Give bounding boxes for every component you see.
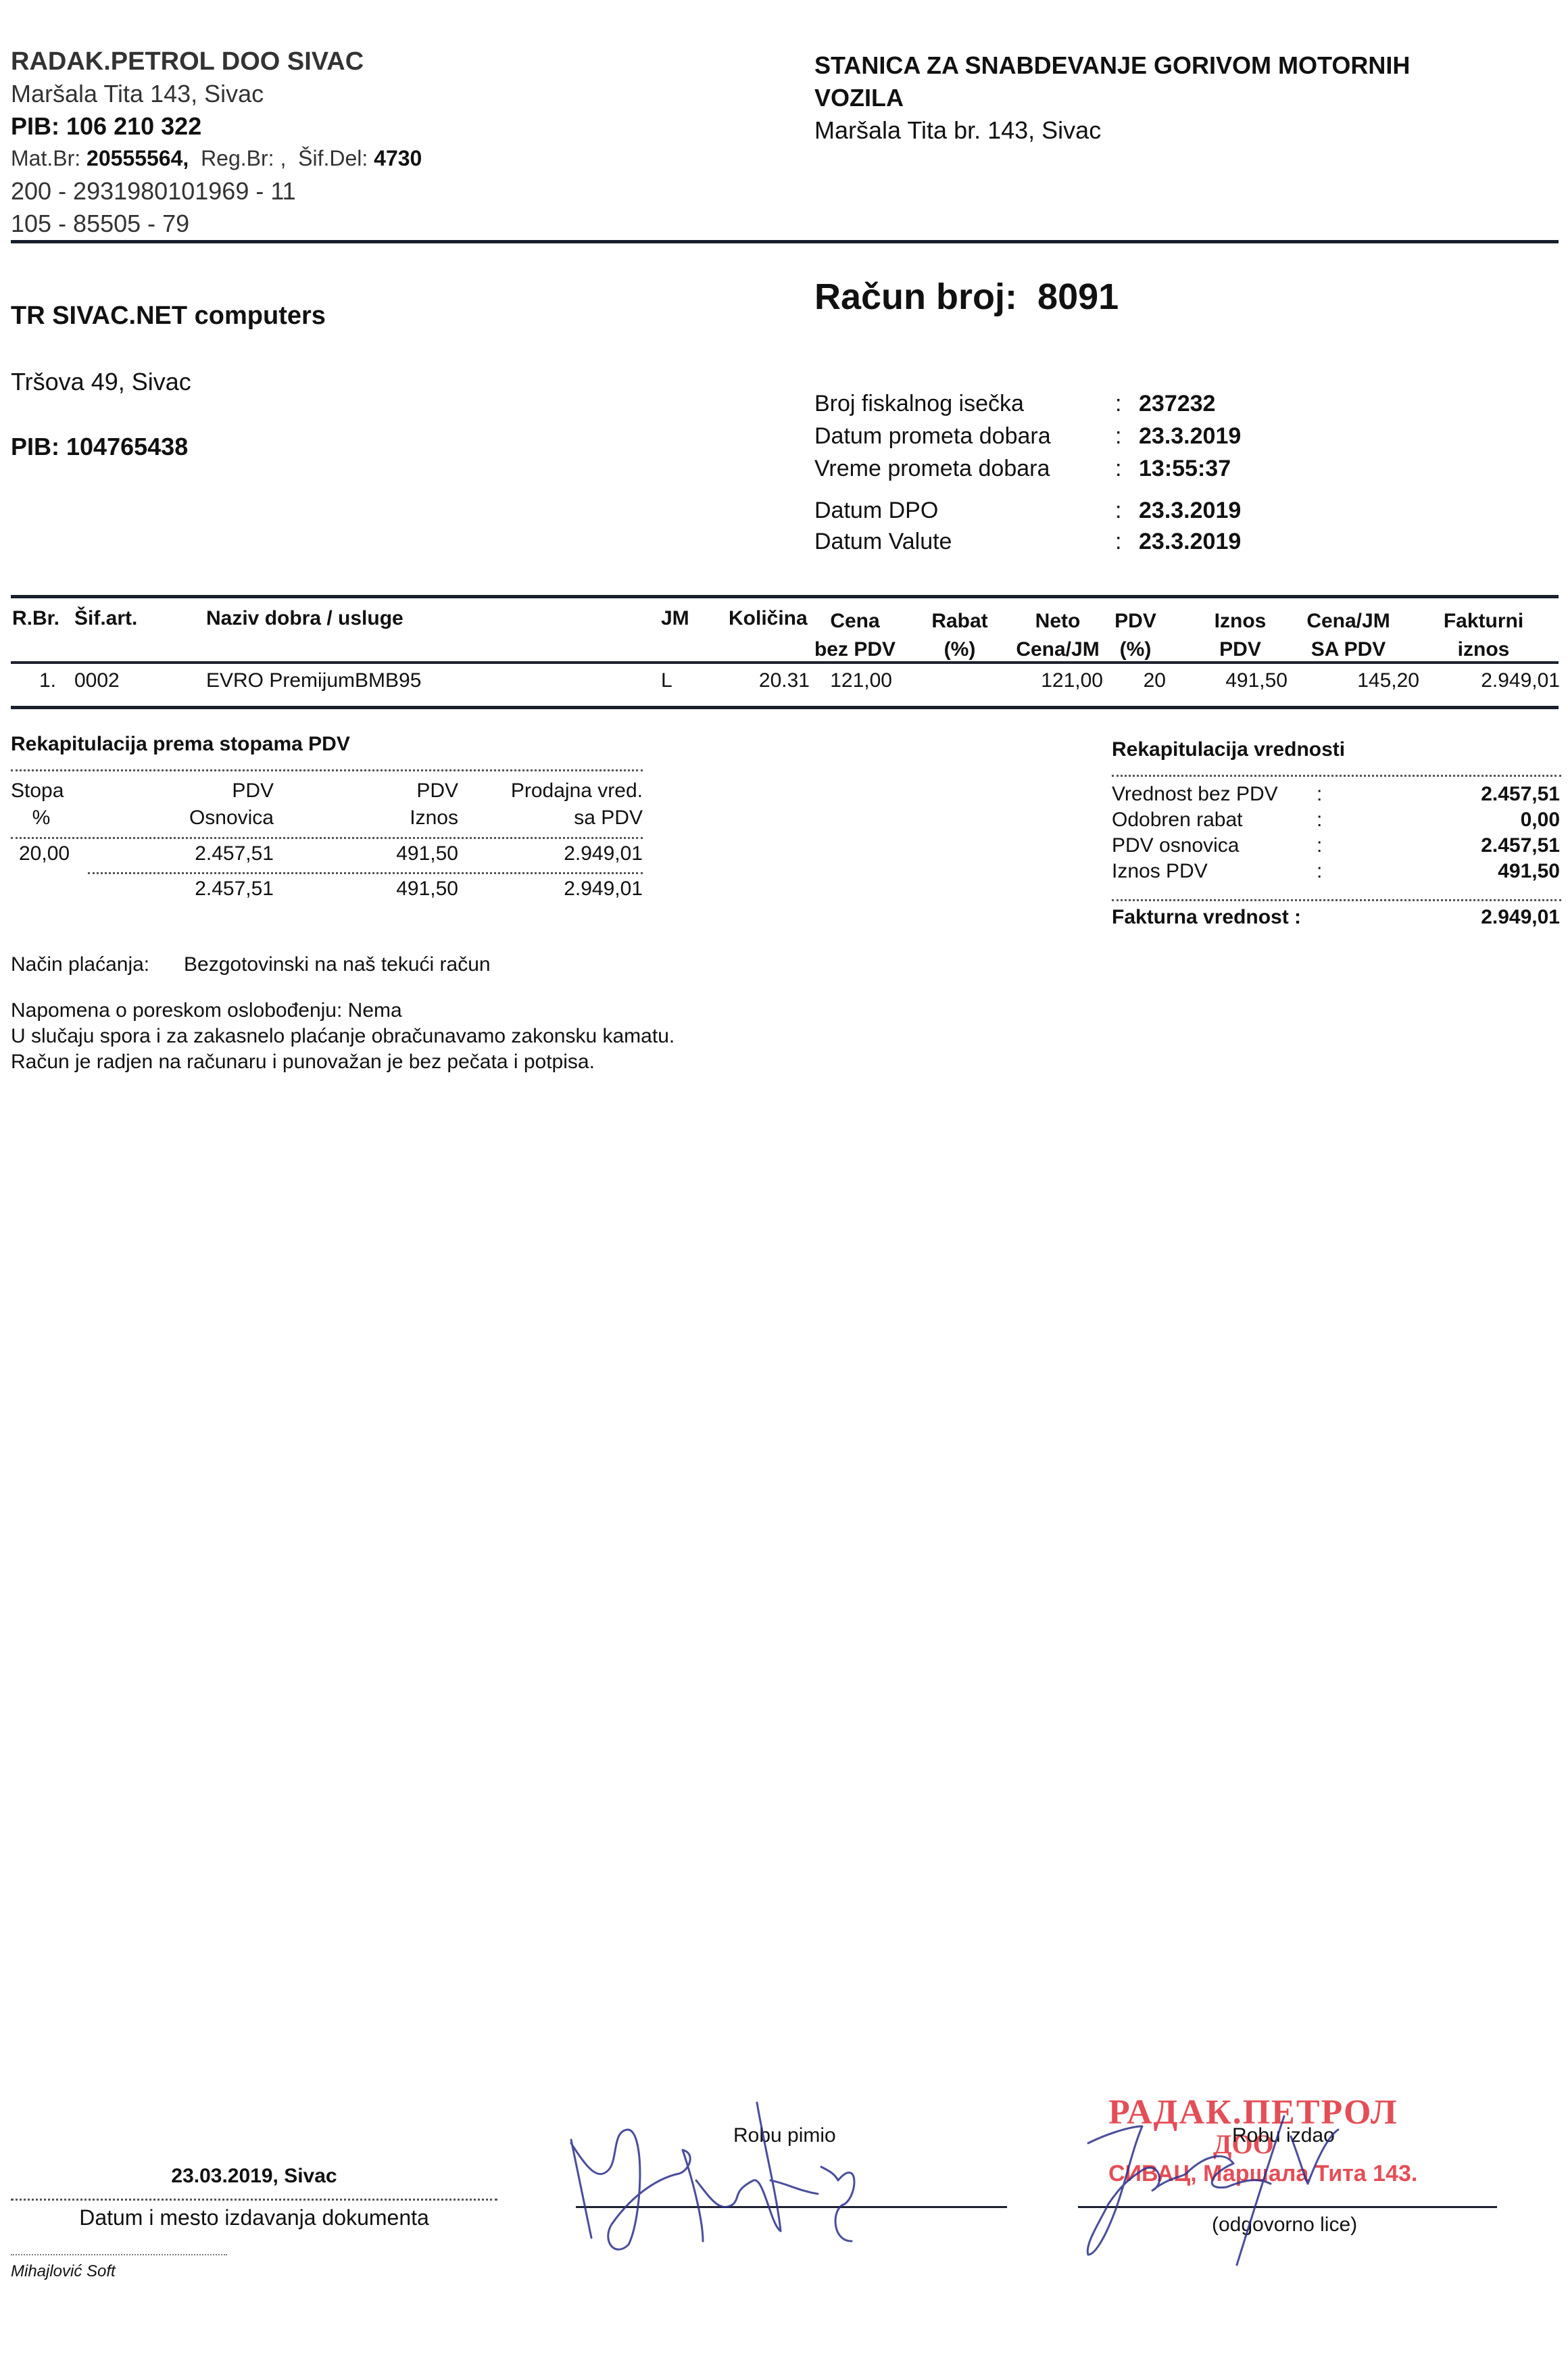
vat-col-iznos: PDV Iznos (351, 777, 458, 832)
col-neto-l2: Cena/JM (1007, 636, 1108, 664)
cell-cena: 121,00 (798, 669, 892, 692)
buyer-pib-label: PIB: (11, 433, 59, 460)
cell-fakturni: 2.949,01 (1426, 669, 1560, 692)
station-title-line1: STANICA ZA SNABDEVANJE GORIVOM MOTORNIH (814, 51, 1410, 80)
vat-col-stopa-l1: Stopa (11, 777, 72, 805)
vat-recap-top-rule (11, 769, 643, 771)
sif-del-value: 4730 (374, 146, 422, 170)
buyer-pib-value: 104765438 (66, 433, 188, 460)
value-recap-total-rule (1112, 899, 1561, 901)
col-jm: JM (661, 607, 689, 630)
invoice-detail-colon: : (1115, 423, 1121, 450)
vat-recap-header-rule (11, 837, 643, 839)
invoice-detail-label: Datum Valute (814, 529, 952, 555)
col-rabat-l1: Rabat (919, 607, 1000, 636)
note-line: Napomena o poreskom oslobođenju: Nema (11, 999, 402, 1022)
footer-software: Mihajlović Soft (11, 2262, 116, 2281)
col-fakt-l2: iznos (1426, 636, 1541, 664)
col-rabat: Rabat (%) (919, 607, 1000, 664)
col-cena-l2: bez PDV (804, 636, 906, 664)
received-signature-icon (561, 2096, 912, 2258)
vat-cell-stopa: 20,00 (19, 842, 70, 865)
cell-pdv: 20 (1108, 669, 1166, 692)
invoice-detail-label: Vreme prometa dobara (814, 456, 1050, 482)
invoice-detail-colon: : (1115, 529, 1121, 555)
vat-col-stopa-l2: % (11, 805, 72, 832)
col-neto: Neto Cena/JM (1007, 607, 1108, 664)
invoice-detail-label: Broj fiskalnog isečka (814, 391, 1024, 417)
value-recap-label: PDV osnovica (1112, 834, 1239, 857)
col-naziv: Naziv dobra / usluge (206, 607, 403, 630)
items-bottom-divider (11, 706, 1559, 709)
value-recap-label: Vrednost bez PDV (1112, 783, 1278, 806)
payment-value: Bezgotovinski na naš tekući račun (184, 953, 491, 976)
cell-neto: 121,00 (1000, 669, 1103, 692)
buyer-name: TR SIVAC.NET computers (11, 302, 326, 331)
cell-jm: L (661, 669, 672, 692)
note-line: U slučaju spora i za zakasnelo plaćanje … (11, 1025, 675, 1048)
vat-col-prodajna-l1: Prodajna vred. (473, 777, 643, 805)
cell-iznos-pdv: 491,50 (1183, 669, 1288, 692)
invoice-detail-value: 237232 (1139, 391, 1215, 417)
col-pdv: PDV (%) (1108, 607, 1162, 664)
seller-account-1: 200 - 2931980101969 - 11 (11, 177, 296, 206)
value-recap-colon: : (1317, 860, 1322, 883)
value-recap-value: 0,00 (1358, 809, 1560, 832)
vat-col-prodajna-l2: sa PDV (473, 805, 643, 832)
seller-registry: Mat.Br: 20555564, Reg.Br: , Šif.Del: 473… (11, 146, 422, 171)
cell-naziv: EVRO PremijumBMB95 (206, 669, 421, 692)
col-cenasa-l1: Cena/JM (1298, 607, 1399, 636)
vat-total-iznos: 491,50 (351, 878, 458, 901)
col-neto-l1: Neto (1007, 607, 1108, 636)
vat-col-prodajna: Prodajna vred. sa PDV (473, 777, 643, 832)
col-fakturni: Fakturni iznos (1426, 607, 1541, 664)
invoice-detail-colon: : (1115, 391, 1121, 417)
vat-total-prodajna: 2.949,01 (473, 878, 643, 901)
col-sif: Šif.art. (74, 607, 137, 630)
footer-date-caption: Datum i mesto izdavanja dokumenta (11, 2205, 497, 2230)
value-recap-colon: : (1317, 834, 1322, 857)
vat-cell-iznos: 491,50 (351, 842, 458, 865)
col-iznos-l2: PDV (1196, 636, 1284, 664)
value-recap-title: Rekapitulacija vrednosti (1112, 738, 1345, 761)
value-recap-total-label: Fakturna vrednost : (1112, 906, 1301, 929)
invoice-detail-label: Datum DPO (814, 498, 938, 524)
station-title-line2: VOZILA (814, 84, 904, 112)
col-cena: Cena bez PDV (804, 607, 906, 664)
cell-cena-sa-pdv: 145,20 (1298, 669, 1419, 692)
cell-kolicina: 20.31 (716, 669, 810, 692)
invoice-detail-value: 13:55:37 (1139, 456, 1231, 482)
note-line: Račun je radjen na računaru i punovažan … (11, 1051, 595, 1074)
col-rbr: R.Br. (12, 607, 59, 630)
invoice-number: 8091 (1037, 277, 1119, 317)
value-recap-top-rule (1112, 775, 1561, 777)
invoice-detail-value: 23.3.2019 (1139, 423, 1241, 450)
col-cenasa-l2: SA PDV (1298, 636, 1399, 664)
col-kolicina: Količina (729, 607, 808, 630)
reg-br-label: Reg.Br: , (201, 146, 286, 170)
col-iznos-l1: Iznos (1196, 607, 1284, 636)
items-top-divider (11, 595, 1559, 598)
cell-sif: 0002 (74, 669, 120, 692)
buyer-address: Tršova 49, Sivac (11, 368, 191, 396)
invoice-detail-colon: : (1115, 498, 1121, 524)
col-rabat-l2: (%) (919, 636, 1000, 664)
invoice-detail-value: 23.3.2019 (1139, 529, 1241, 555)
mat-br-value: 20555564, (87, 146, 189, 170)
value-recap-colon: : (1317, 783, 1322, 806)
vat-recap-total-rule (88, 872, 643, 874)
header-divider (11, 240, 1559, 243)
value-recap-colon: : (1317, 809, 1322, 832)
invoice-title: Račun broj: 8091 (814, 276, 1119, 318)
col-fakt-l1: Fakturni (1426, 607, 1541, 636)
value-recap-value: 2.457,51 (1358, 783, 1560, 806)
seller-name: RADAK.PETROL DOO SIVAC (11, 47, 364, 76)
seller-pib-value: 106 210 322 (66, 112, 201, 140)
vat-cell-prodajna: 2.949,01 (473, 842, 643, 865)
vat-col-osnovica: PDV Osnovica (135, 777, 274, 832)
value-recap-value: 491,50 (1358, 860, 1560, 883)
col-pdv-l1: PDV (1108, 607, 1162, 636)
col-iznos-pdv: Iznos PDV (1196, 607, 1284, 664)
seller-pib: PIB: 106 210 322 (11, 112, 201, 141)
payment-label: Način plaćanja: (11, 953, 149, 976)
station-address: Maršala Tita br. 143, Sivac (814, 116, 1101, 145)
footer-date-place: 23.03.2019, Sivac (11, 2165, 497, 2188)
vat-total-osnovica: 2.457,51 (135, 878, 274, 901)
footer-date-rule (11, 2199, 497, 2201)
seller-account-2: 105 - 85505 - 79 (11, 210, 189, 238)
vat-col-osnovica-l1: PDV (135, 777, 274, 805)
seller-pib-label: PIB: (11, 112, 59, 140)
mat-br-label: Mat.Br: (11, 146, 80, 170)
value-recap-total-value: 2.949,01 (1358, 906, 1560, 929)
col-cena-l1: Cena (804, 607, 906, 636)
invoice-detail-colon: : (1115, 456, 1121, 482)
buyer-pib: PIB: 104765438 (11, 433, 188, 461)
footer-software-rule (11, 2254, 227, 2255)
sif-del-label: Šif.Del: (298, 146, 368, 170)
vat-col-iznos-l1: PDV (351, 777, 458, 805)
value-recap-value: 2.457,51 (1358, 834, 1560, 857)
vat-col-iznos-l2: Iznos (351, 805, 458, 832)
seller-address: Maršala Tita 143, Sivac (11, 80, 264, 108)
vat-col-stopa: Stopa % (11, 777, 72, 832)
value-recap-label: Odobren rabat (1112, 809, 1242, 832)
col-cena-sa-pdv: Cena/JM SA PDV (1298, 607, 1399, 664)
cell-rbr: 1. (39, 669, 56, 692)
vat-recap-title: Rekapitulacija prema stopama PDV (11, 733, 350, 756)
items-header-divider (11, 661, 1559, 664)
value-recap-label: Iznos PDV (1112, 860, 1208, 883)
col-pdv-l2: (%) (1108, 636, 1162, 664)
invoice-detail-label: Datum prometa dobara (814, 423, 1051, 450)
vat-cell-osnovica: 2.457,51 (135, 842, 274, 865)
invoice-detail-value: 23.3.2019 (1139, 498, 1241, 524)
invoice-title-label: Račun broj: (814, 277, 1017, 317)
vat-col-osnovica-l2: Osnovica (135, 805, 274, 832)
issued-signature-icon (1068, 2109, 1419, 2272)
